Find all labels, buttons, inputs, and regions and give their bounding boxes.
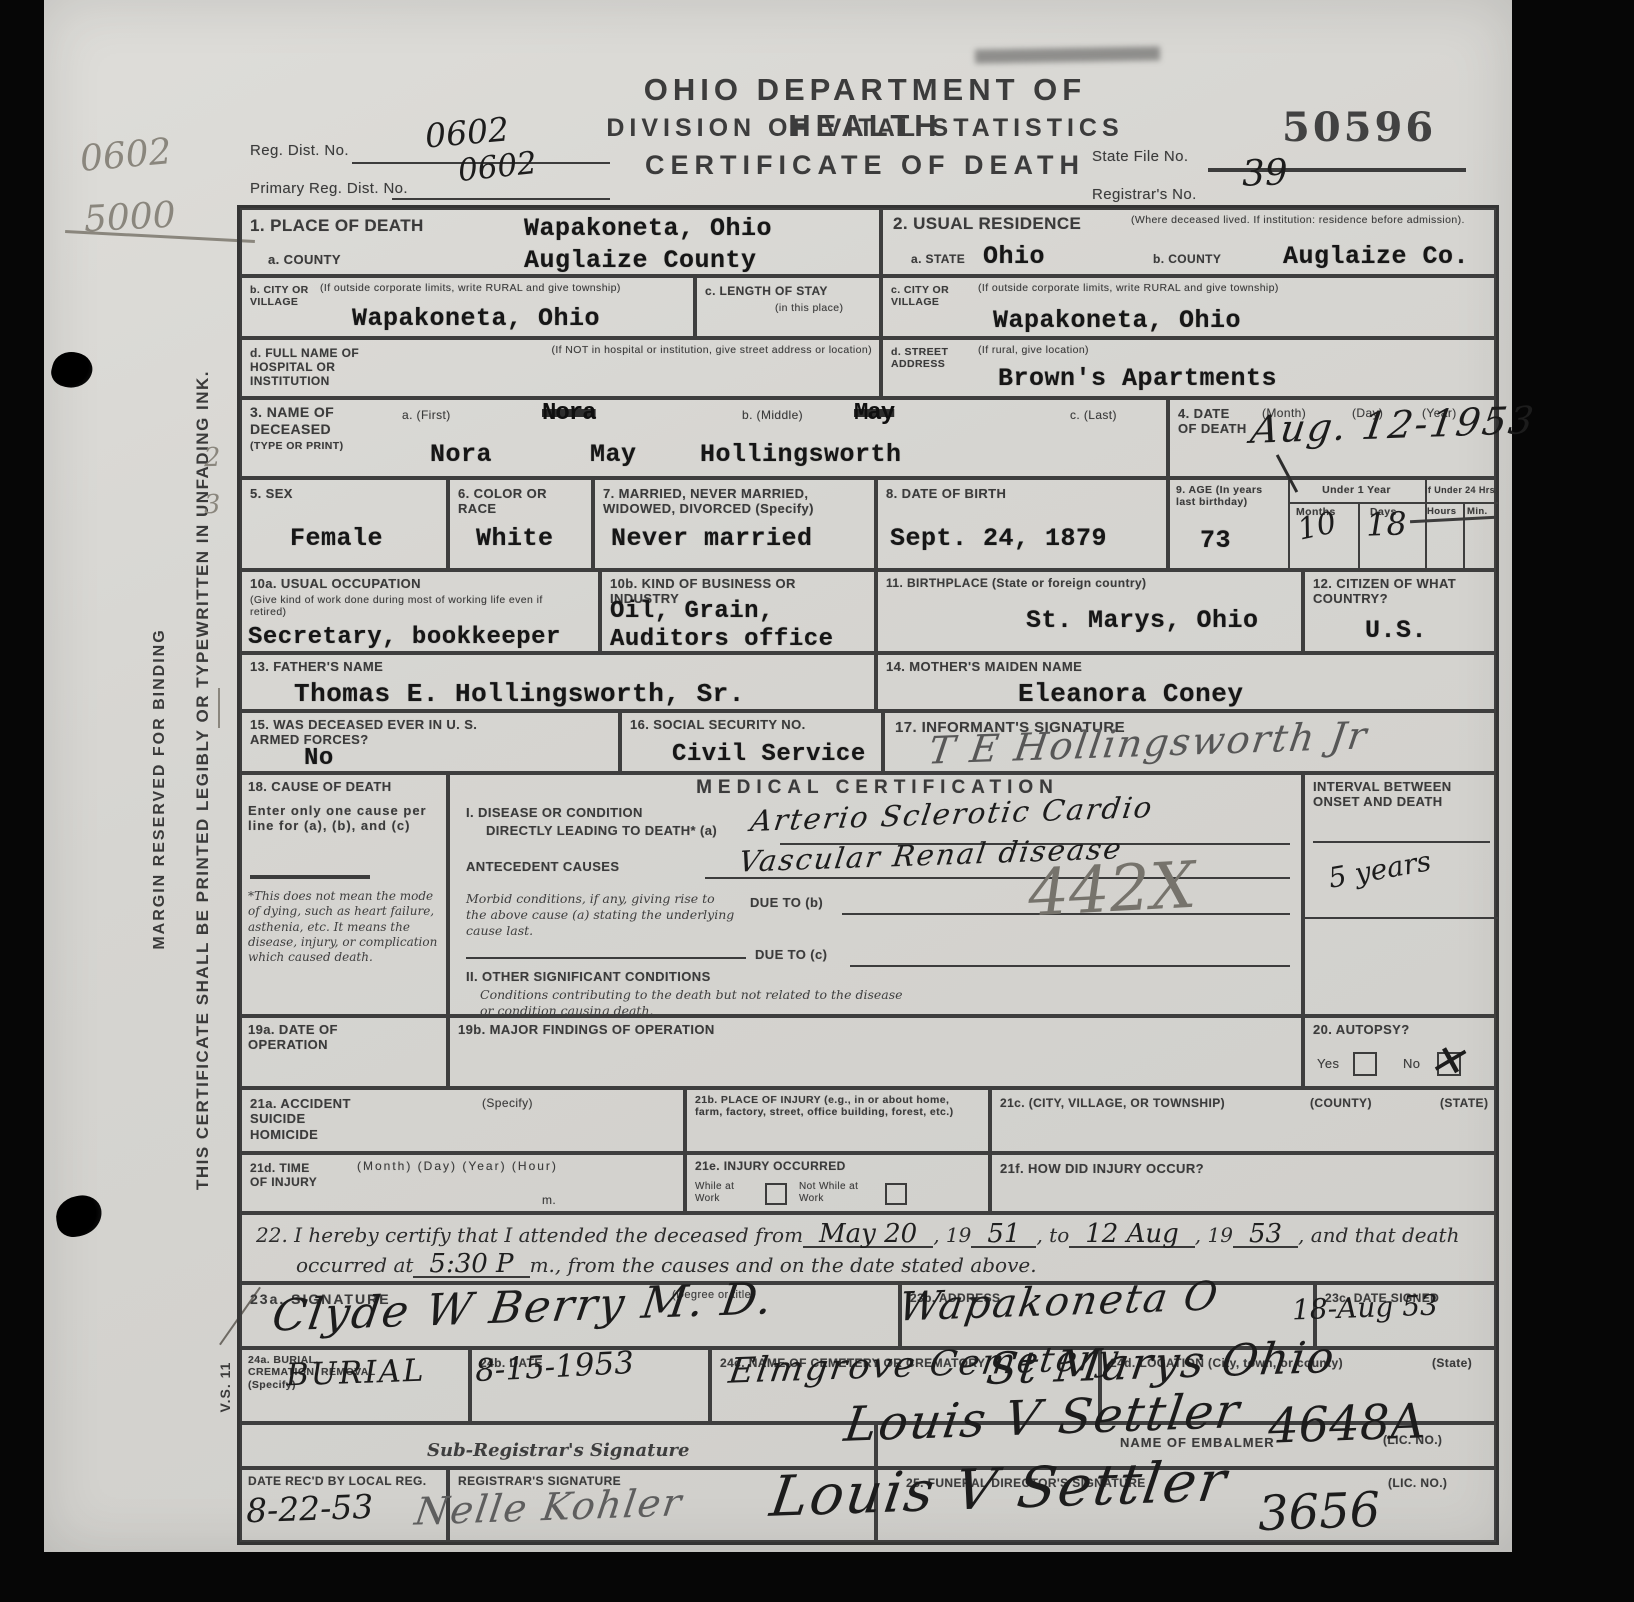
age-under-24-header: If Under 24 Hrs. [1425,480,1498,504]
field-11-birthplace: 11. BIRTHPLACE (State or foreign country… [876,570,1303,653]
field-20-autopsy: 20. AUTOPSY? Yes No ✕ [1303,1016,1496,1088]
certify-to-value: 12 Aug [1069,1223,1195,1248]
due-to-c-line [850,965,1290,967]
division-title: DIVISION OF VITAL STATISTICS [575,114,1155,143]
residence-city-value: Wapakoneta, Ohio [993,308,1241,333]
disease-label-2: DIRECTLY LEADING TO DEATH* (a) [486,823,717,838]
occupation-label: 10a. USUAL OCCUPATION [250,576,421,591]
disease-label-1: I. DISEASE OR CONDITION [466,805,643,820]
certify-sep-1: , 19 [933,1223,971,1247]
due-to-c-label: DUE TO (c) [755,947,827,962]
sub-registrar-cell: Sub-Registrar's Signature [240,1423,876,1468]
physician-address-value: Wapakoneta O [896,1276,1222,1327]
reg-dist-label: Reg. Dist. No. [250,142,349,160]
embalmer-name-value: Louis V Settler [842,1387,1244,1449]
autopsy-yes-label: Yes [1317,1056,1339,1071]
name-middle-label: b. (Middle) [742,408,803,422]
field-6-race: 6. COLOR OR RACE White [448,478,593,570]
date-of-death-value: Aug. 12-1953 [1249,401,1538,449]
time-units-label: (Month) (Day) (Year) (Hour) [357,1159,558,1173]
pencil-tick [218,688,223,728]
other-conditions-note: Conditions contributing to the death but… [480,987,910,1019]
residence-state-value: Ohio [983,244,1045,269]
other-conditions-label: II. OTHER SIGNIFICANT CONDITIONS [466,969,711,984]
marital-label: 7. MARRIED, NEVER MARRIED, WIDOWED, DIVO… [603,486,865,517]
field-1d-hospital: d. FULL NAME OF HOSPITAL OR INSTITUTION … [240,338,881,398]
autopsy-label: 20. AUTOPSY? [1313,1022,1410,1037]
embalmer-lic-value: 4648A [1267,1397,1425,1450]
not-while-at-work-checkbox [885,1183,907,1205]
forces-label: 15. WAS DECEASED EVER IN U. S. ARMED FOR… [250,717,500,748]
date-signed-value: 18-Aug 53 [1292,1291,1439,1324]
field-12-citizen: 12. CITIZEN OF WHAT COUNTRY? U.S. [1303,570,1496,653]
autopsy-no-label: No [1403,1056,1420,1071]
not-while-at-work-label: Not While at Work [799,1181,879,1205]
primary-reg-label: Primary Reg. Dist. No. [250,180,408,198]
field-10a-occupation: 10a. USUAL OCCUPATION (Give kind of work… [240,570,600,653]
sex-value: Female [290,526,383,551]
funeral-director-signature-value: Louis V Settler [767,1454,1231,1526]
time-m-label: m. [542,1193,556,1207]
field-1c-length-of-stay: c. LENGTH OF STAY (in this place) [695,276,881,338]
field-3-name: 3. NAME OF DECEASED (TYPE OR PRINT) a. (… [240,398,1168,478]
birth-label: 8. DATE OF BIRTH [886,486,1006,501]
certify-year-2: 53 [1233,1223,1298,1248]
place-city-note: (If outside corporate limits, write RURA… [320,282,665,294]
age-label: 9. AGE (In years last birthday) [1176,484,1281,509]
age-hours-cell: Hours [1425,502,1465,572]
interval-line-1 [1313,841,1490,843]
hospital-label: d. FULL NAME OF HOSPITAL OR INSTITUTION [250,346,400,388]
field-13-father: 13. FATHER'S NAME Thomas E. Hollingswort… [240,653,876,711]
certify-text-3: occurred at [296,1253,413,1277]
hours-label: Hours [1427,506,1456,517]
name-last-label: c. (Last) [1070,408,1117,422]
certify-text-4: m., from the causes and on the date stat… [530,1253,1037,1277]
under-24-label: If Under 24 Hrs. [1425,485,1498,495]
state-file-number: 50596 [1282,104,1436,151]
field-10b-industry: 10b. KIND OF BUSINESS OR INDUSTRY Oil, G… [600,570,876,653]
industry-value-1: Oil, Grain, [610,600,774,624]
certificate-title: CERTIFICATE OF DEATH [575,150,1155,181]
street-label: d. STREET ADDRESS [891,346,961,371]
certify-year-1: 51 [971,1223,1036,1248]
citizen-label: 12. CITIZEN OF WHAT COUNTRY? [1313,576,1463,607]
field-16-ssn: 16. SOCIAL SECURITY NO. Civil Service [620,711,883,773]
injury-county-label: (COUNTY) [1310,1096,1372,1110]
birthplace-value: St. Marys, Ohio [1026,608,1259,633]
mother-value: Eleanora Coney [1018,681,1243,707]
interval-label: INTERVAL BETWEEN ONSET AND DEATH [1313,779,1473,810]
field-14-mother: 14. MOTHER'S MAIDEN NAME Eleanora Coney [876,653,1496,711]
field-21b-place-of-injury: 21b. PLACE OF INJURY (e.g., in or about … [685,1088,990,1153]
father-value: Thomas E. Hollingsworth, Sr. [294,681,745,707]
funeral-lic-value: 3656 [1257,1486,1381,1538]
field-5-sex: 5. SEX Female [240,478,448,570]
race-label: 6. COLOR OR RACE [458,486,578,517]
autopsy-yes-checkbox [1353,1052,1377,1076]
residence-label: 2. USUAL RESIDENCE [893,214,1081,234]
age-days-value: 18 [1365,507,1407,540]
residence-city-label: c. CITY OR VILLAGE [891,284,953,309]
time-of-injury-label: 21d. TIME OF INJURY [250,1161,330,1189]
field-7-marital: 7. MARRIED, NEVER MARRIED, WIDOWED, DIVO… [593,478,876,570]
place-county-label: a. COUNTY [268,252,341,267]
field-21d-time-of-injury: 21d. TIME OF INJURY (Month) (Day) (Year)… [240,1153,685,1213]
burial-location-value: St Marys Ohio [984,1336,1339,1392]
registrar-no-label: Registrar's No. [1092,186,1197,204]
field-21f-how-injury: 21f. HOW DID INJURY OCCUR? [990,1153,1496,1213]
while-at-work-label: While at Work [695,1181,759,1205]
name-struck-first: Nora [542,402,596,426]
age-main-cell: 9. AGE (In years last birthday) 73 [1170,480,1290,572]
autopsy-no-mark: ✕ [1426,1038,1467,1084]
field-19b-findings: 19b. MAJOR FINDINGS OF OPERATION [448,1016,1303,1088]
primary-reg-line [392,198,610,200]
stay-note: (in this place) [775,302,843,314]
field-21a-accident: 21a. ACCIDENT SUICIDE HOMICIDE (Specify) [240,1088,685,1153]
medical-title: MEDICAL CERTIFICATION [450,777,1305,799]
ssn-value: Civil Service [672,743,866,767]
name-last-value: Hollingsworth [700,442,902,467]
margin-ink-notice: THIS CERTIFICATE SHALL BE PRINTED LEGIBL… [193,205,217,1355]
antecedent-line [705,877,1290,879]
field-9-age: 9. AGE (In years last birthday) 73 Under… [1168,478,1496,570]
ssn-label: 16. SOCIAL SECURITY NO. [630,717,806,732]
birthplace-label: 11. BIRTHPLACE (State or foreign country… [886,576,1146,590]
field-21e-injury-occurred: 21e. INJURY OCCURRED While at Work Not W… [685,1153,990,1213]
date-received-value: 8-22-53 [245,1490,373,1527]
certify-line-1: 22. I hereby certify that I attended the… [256,1223,1459,1248]
registrar-no-value: 39 [1241,155,1288,193]
morbid-note: Morbid conditions, if any, giving rise t… [466,891,736,939]
cause-note-2: *This does not mean the mode of dying, s… [248,889,438,966]
mother-label: 14. MOTHER'S MAIDEN NAME [886,659,1082,674]
due-to-b-label: DUE TO (b) [750,895,823,910]
interval-line-2 [1305,917,1498,919]
name-middle-value: May [590,442,637,467]
field-1-place-of-death: 1. PLACE OF DEATH Wapakoneta, Ohio a. CO… [240,208,881,276]
residence-city-note: (If outside corporate limits, write RURA… [978,282,1418,294]
primary-reg-value: 0602 [457,148,539,187]
state-file-label: State File No. [1092,148,1188,166]
certify-from-value: May 20 [803,1223,933,1248]
age-under-year-header: Under 1 Year [1288,480,1427,504]
occupation-note: (Give kind of work done during most of w… [250,594,570,619]
street-note: (If rural, give location) [978,344,1089,356]
form-number: V.S. 11 [217,1342,235,1432]
marital-value: Never married [611,526,813,551]
field-15-armed-forces: 15. WAS DECEASED EVER IN U. S. ARMED FOR… [240,711,620,773]
place-value: Wapakoneta, Ohio [524,216,772,241]
certify-line-2: occurred at 5:30 P m., from the causes a… [296,1253,1037,1278]
accident-specify-label: (Specify) [482,1096,533,1110]
pencil-mark-3: 3 [204,492,221,519]
place-label: 1. PLACE OF DEATH [250,216,424,236]
field-18-cause-of-death: 18. CAUSE OF DEATH Enter only one cause … [240,773,448,1016]
field-2c-city: c. CITY OR VILLAGE (If outside corporate… [881,276,1496,338]
how-injury-label: 21f. HOW DID INJURY OCCUR? [1000,1161,1204,1176]
field-8-date-of-birth: 8. DATE OF BIRTH Sept. 24, 1879 [876,478,1168,570]
antecedent-label: ANTECEDENT CAUSES [466,859,619,874]
field-19a-operation-date: 19a. DATE OF OPERATION [240,1016,448,1088]
place-of-injury-label: 21b. PLACE OF INJURY (e.g., in or about … [695,1094,975,1119]
dod-label: 4. DATE OF DEATH [1178,406,1248,437]
birth-value: Sept. 24, 1879 [890,526,1107,551]
burial-value: BURIAL [286,1356,426,1392]
age-value: 73 [1200,528,1231,553]
name-sub-label: (TYPE OR PRINT) [250,440,344,452]
certify-time-value: 5:30 P [413,1253,529,1278]
occupation-value: Secretary, bookkeeper [248,626,561,650]
reg-dist-value: 0602 [424,112,511,152]
field-1b-city: b. CITY OR VILLAGE (If outside corporate… [240,276,695,338]
residence-note: (Where deceased lived. If institution: r… [1131,214,1471,226]
name-first-label: a. (First) [402,408,451,422]
field-2d-street: d. STREET ADDRESS (If rural, give locati… [881,338,1496,398]
industry-value-2: Auditors office [610,628,834,652]
form-table: 1. PLACE OF DEATH Wapakoneta, Ohio a. CO… [237,205,1499,1545]
residence-county-label: b. COUNTY [1153,252,1221,266]
funeral-lic-label: (LIC. NO.) [1388,1476,1447,1490]
pencil-mark-2: 2 [204,445,221,472]
field-22-certify-statement: 22. I hereby certify that I attended the… [240,1213,1496,1283]
race-value: White [476,526,554,551]
date-received-label: DATE REC'D BY LOCAL REG. [248,1474,428,1488]
certify-sep-2: , to [1036,1223,1069,1247]
residence-state-label: a. STATE [911,252,965,266]
injury-state-label: (STATE) [1440,1096,1488,1110]
street-value: Brown's Apartments [998,366,1277,391]
burial-state-label: (State) [1432,1356,1472,1370]
while-at-work-checkbox [765,1183,787,1205]
due-to-c-leadline [466,957,746,959]
cause-label: 18. CAUSE OF DEATH [248,779,391,794]
field-2-usual-residence: 2. USUAL RESIDENCE (Where deceased lived… [881,208,1496,276]
sex-label: 5. SEX [250,486,293,501]
under-year-label: Under 1 Year [1322,484,1391,496]
pencil-number-1: 0602 [79,134,173,178]
age-min-cell: Min. [1463,502,1498,572]
certify-text-1: 22. I hereby certify that I attended the… [256,1223,803,1247]
certify-text-2: , and that death [1298,1223,1459,1247]
citizen-value: U.S. [1365,618,1427,643]
place-city-label: b. CITY OR VILLAGE [250,284,312,309]
hospital-note: (If NOT in hospital or institution, give… [457,344,872,356]
accident-label: 21a. ACCIDENT SUICIDE HOMICIDE [250,1096,360,1142]
findings-label: 19b. MAJOR FINDINGS OF OPERATION [458,1022,715,1037]
name-struck-middle: May [854,402,894,426]
margin-binding-notice: MARGIN RESERVED FOR BINDING [151,559,173,1019]
cause-note-1: Enter only one cause per line for (a), (… [248,803,433,834]
certify-sep-3: , 19 [1195,1223,1233,1247]
place-city-value: Wapakoneta, Ohio [352,306,600,331]
operation-date-label: 19a. DATE OF OPERATION [248,1022,408,1053]
place-county-value: Auglaize County [524,248,757,273]
forces-value: No [304,747,334,771]
registrar-signature-value: Nelle Kohler [413,1483,686,1530]
scanned-death-certificate: THIS CERTIFICATE SHALL BE PRINTED LEGIBL… [0,0,1634,1602]
residence-county-value: Auglaize Co. [1283,244,1469,269]
name-label: 3. NAME OF DECEASED [250,404,370,437]
burial-date-value: 8-15-1953 [474,1348,634,1387]
cause-code-value: 442X [1026,854,1197,927]
sub-registrar-label: Sub-Registrar's Signature [427,1439,689,1462]
field-21c-injury-location: 21c. (CITY, VILLAGE, OR TOWNSHIP) (COUNT… [990,1088,1496,1153]
stay-label: c. LENGTH OF STAY [705,284,828,298]
injury-occurred-label: 21e. INJURY OCCURRED [695,1159,846,1173]
father-label: 13. FATHER'S NAME [250,659,383,674]
age-months-value: 10 [1295,508,1339,545]
name-first-value: Nora [430,442,492,467]
cause-divider [250,875,370,879]
injury-city-label: 21c. (CITY, VILLAGE, OR TOWNSHIP) [1000,1096,1225,1110]
